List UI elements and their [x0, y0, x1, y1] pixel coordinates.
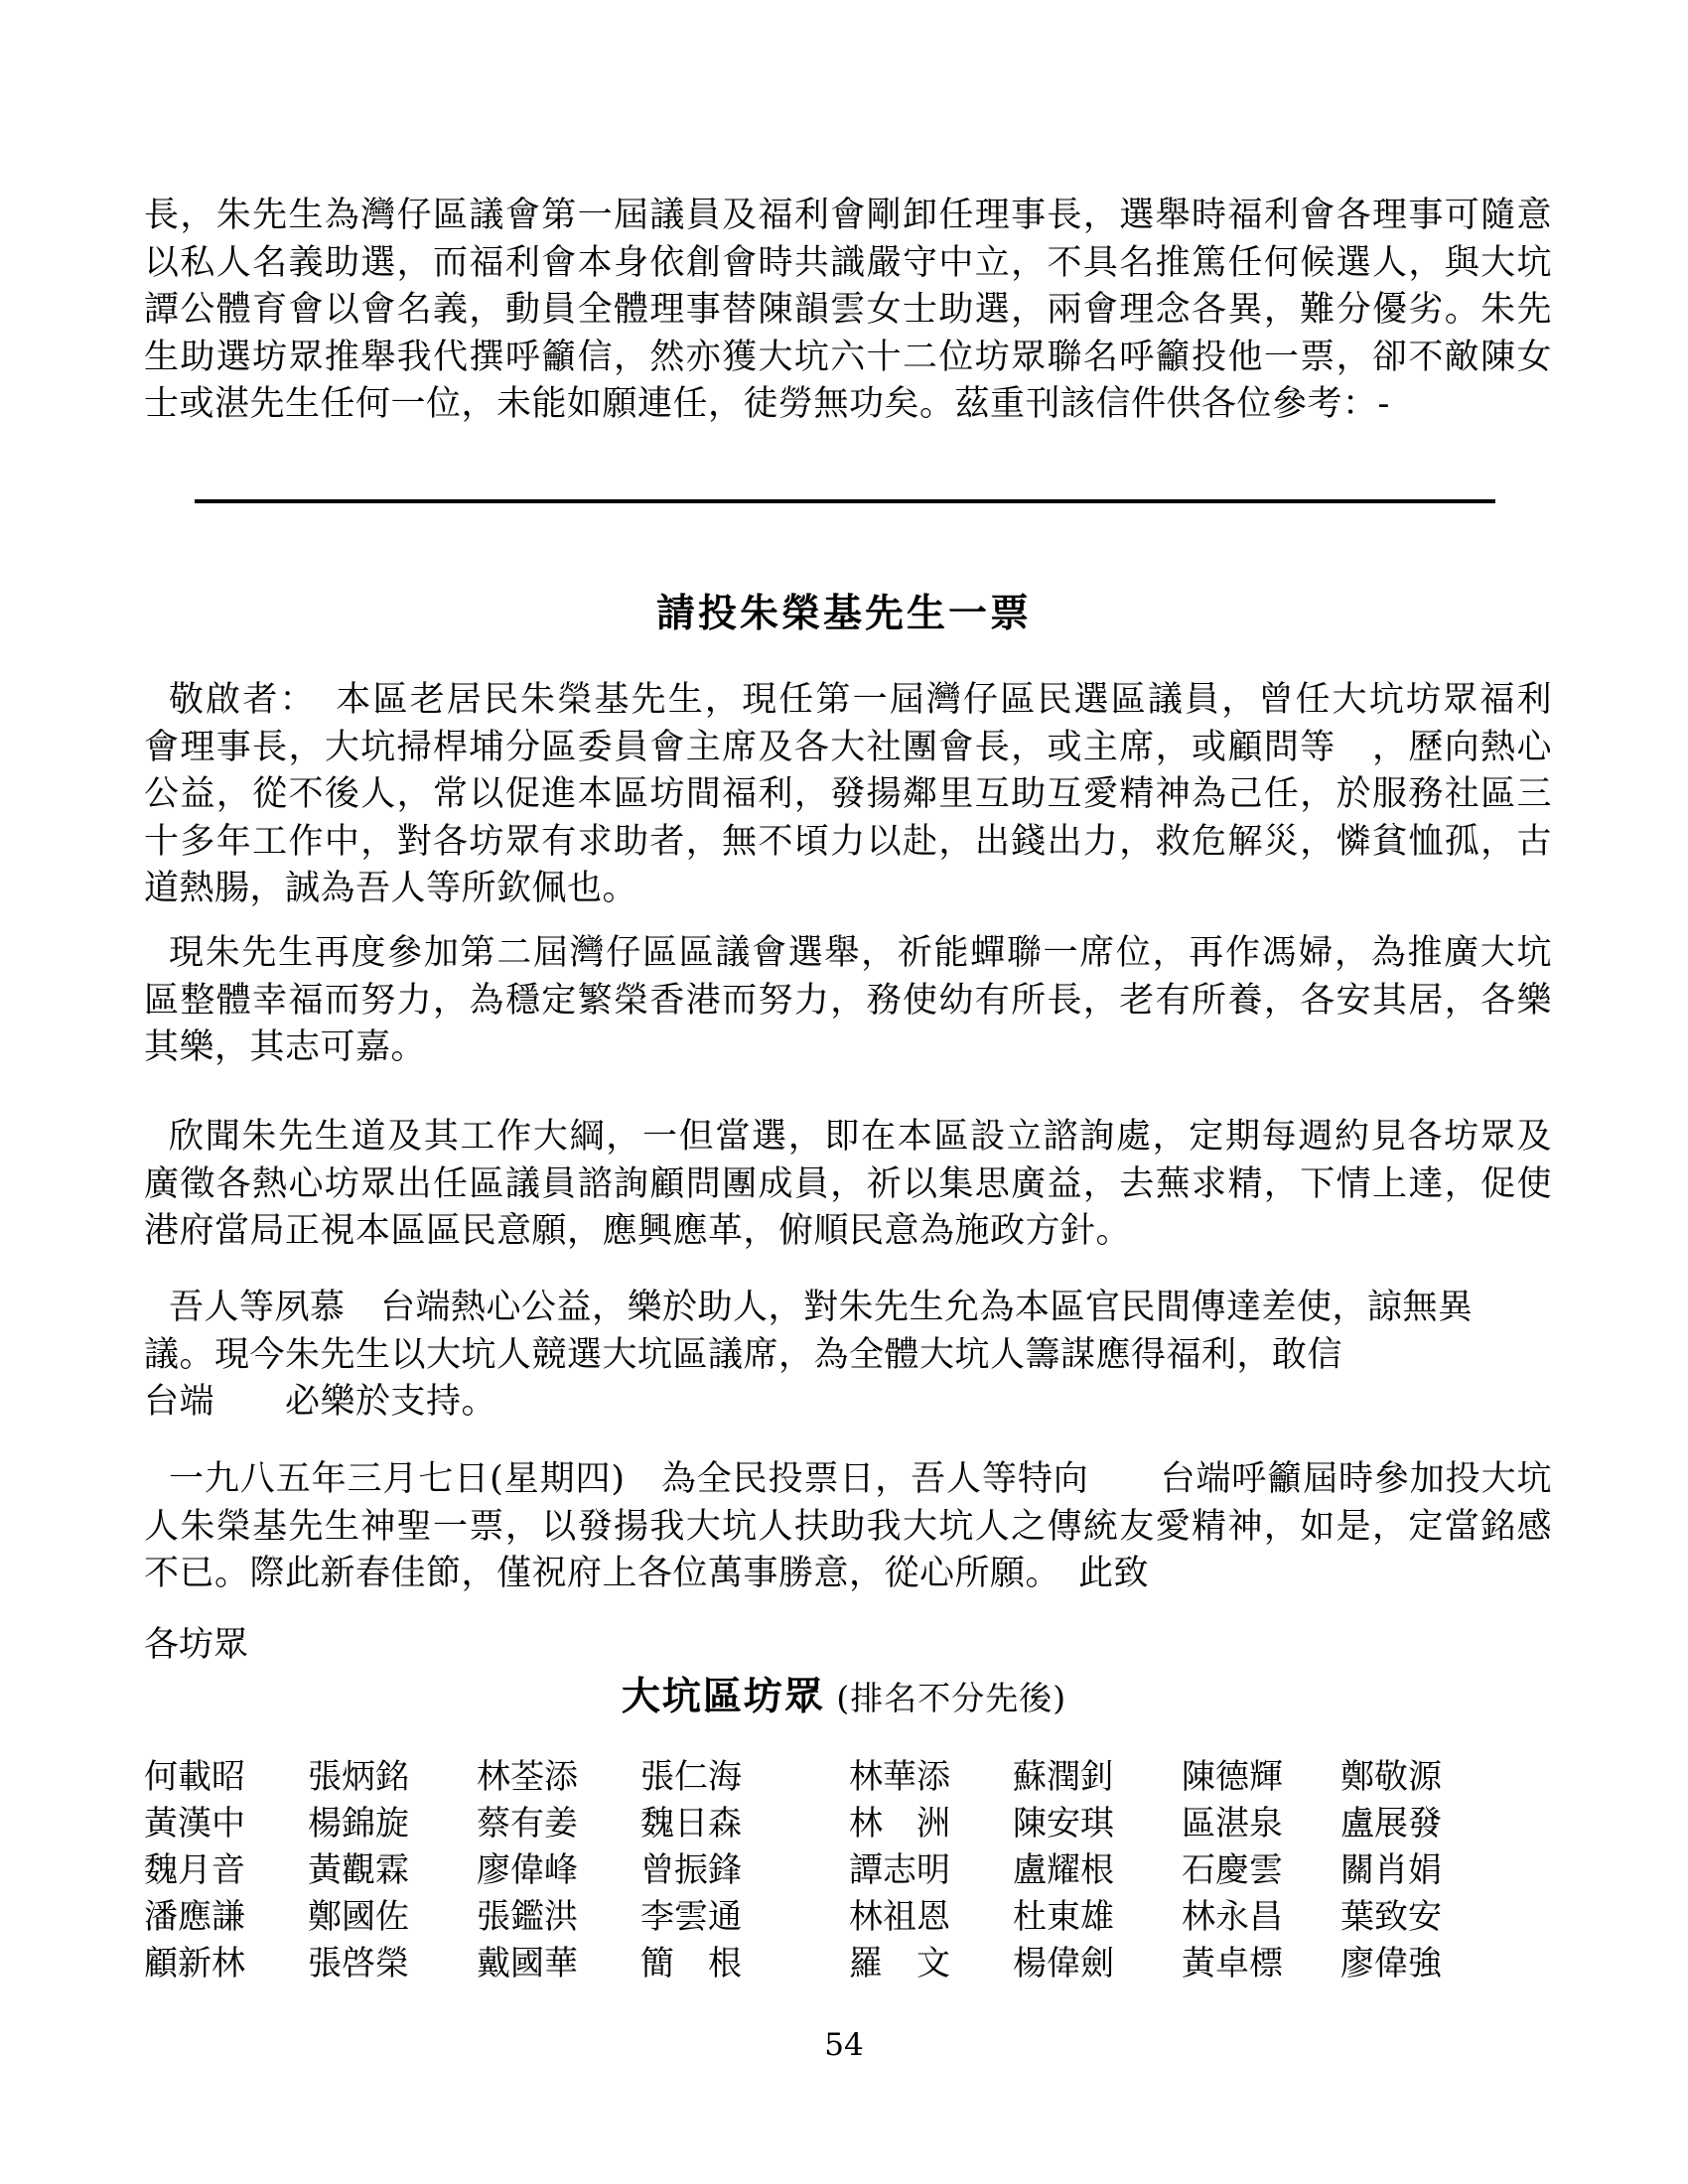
signatory-name: 楊錦旋 — [308, 1801, 477, 1847]
letter-paragraph-5: 一九八五年三月七日(星期四) 為全民投票日，吾人等特向 台端呼籲屆時參加投大坑 … — [144, 1456, 1552, 1598]
signatory-name: 廖偉強 — [1340, 1941, 1554, 1987]
text-line: 十多年工作中，對各坊眾有求助者，無不頃力以赴，出錢出力，救危解災，憐貧恤孤，古 — [144, 819, 1552, 867]
closing-salutation: 各坊眾 — [144, 1622, 248, 1669]
signatory-name: 楊偉劍 — [1013, 1941, 1182, 1987]
text-line: 敬啟者： 本區老居民朱榮基先生，現任第一屆灣仔區民選區議員，曾任大坑坊眾福利 — [144, 677, 1552, 725]
text-line: 人朱榮基先生神聖一票，以發揚我大坑人扶助我大坑人之傳統友愛精神，如是，定當銘感 — [144, 1504, 1552, 1552]
letter-paragraph-2: 現朱先生再度參加第二屆灣仔區區議會選舉，祈能蟬聯一席位，再作馮婦，為推廣大坑 區… — [144, 930, 1552, 1072]
signatory-name: 張啓榮 — [308, 1941, 477, 1987]
signatory-name: 區湛泉 — [1182, 1801, 1340, 1847]
text-line: 其樂，其志可嘉。 — [144, 1024, 1552, 1072]
letter-paragraph-1: 敬啟者： 本區老居民朱榮基先生，現任第一屆灣仔區民選區議員，曾任大坑坊眾福利 會… — [144, 677, 1552, 913]
signatory-name: 鄭敬源 — [1340, 1754, 1554, 1801]
signatory-name: 杜東雄 — [1013, 1894, 1182, 1941]
text-line: 欣聞朱先生道及其工作大綱，一但當選，即在本區設立諮詢處，定期每週約見各坊眾及 — [144, 1114, 1552, 1161]
signatory-name: 林 洲 — [849, 1801, 1013, 1847]
signatories-heading-note: (排名不分先後) — [825, 1679, 1066, 1717]
document-page: 長，朱先生為灣仔區議會第一屆議員及福利會剛卸任理事長，選舉時福利會各理事可隨意 … — [0, 0, 1688, 2184]
signatory-name: 譚志明 — [849, 1847, 1013, 1894]
signatory-name: 陳安琪 — [1013, 1801, 1182, 1847]
letter-title: 請投朱榮基先生一票 — [0, 592, 1688, 635]
signatory-name: 張炳銘 — [308, 1754, 477, 1801]
signatory-name: 關肖娟 — [1340, 1847, 1554, 1894]
text-line: 吾人等夙慕 台端熱心公益，樂於助人，對朱先生允為本區官民間傳達差使，諒無異 — [144, 1285, 1552, 1332]
text-line: 區整體幸福而努力，為穩定繁榮香港而努力，務使幼有所長，老有所養，各安其居，各樂 — [144, 978, 1552, 1025]
signatory-name: 羅 文 — [849, 1941, 1013, 1987]
signatory-name: 陳德輝 — [1182, 1754, 1340, 1801]
text-line: 議。現今朱先生以大坑人競選大坑區議席，為全體大坑人籌謀應得福利，敢信 — [144, 1332, 1552, 1380]
signatory-name: 何載昭 — [144, 1754, 308, 1801]
intro-paragraph: 長，朱先生為灣仔區議會第一屆議員及福利會剛卸任理事長，選舉時福利會各理事可隨意 … — [144, 193, 1552, 429]
signatory-name: 盧耀根 — [1013, 1847, 1182, 1894]
signatory-name: 顧新林 — [144, 1941, 308, 1987]
signatory-name: 黃觀霖 — [308, 1847, 477, 1894]
signatory-name: 林永昌 — [1182, 1894, 1340, 1941]
signatory-name: 葉致安 — [1340, 1894, 1554, 1941]
text-line: 一九八五年三月七日(星期四) 為全民投票日，吾人等特向 台端呼籲屆時參加投大坑 — [144, 1456, 1552, 1504]
text-line: 現朱先生再度參加第二屆灣仔區區議會選舉，祈能蟬聯一席位，再作馮婦，為推廣大坑 — [144, 930, 1552, 978]
signatory-name: 盧展發 — [1340, 1801, 1554, 1847]
signatory-name: 張仁海 — [640, 1754, 849, 1801]
signatory-name: 戴國華 — [477, 1941, 640, 1987]
signatory-name: 曾振鋒 — [640, 1847, 849, 1894]
signatory-name: 林荃添 — [477, 1754, 640, 1801]
signatory-name: 李雲通 — [640, 1894, 849, 1941]
text-line: 生助選坊眾推舉我代撰呼籲信，然亦獲大坑六十二位坊眾聯名呼籲投他一票，卻不敵陳女 — [144, 335, 1552, 382]
signatory-name: 廖偉峰 — [477, 1847, 640, 1894]
signatory-name: 潘應謙 — [144, 1894, 308, 1941]
letter-paragraph-4: 吾人等夙慕 台端熱心公益，樂於助人，對朱先生允為本區官民間傳達差使，諒無異 議。… — [144, 1285, 1552, 1427]
signatory-name: 張鑑洪 — [477, 1894, 640, 1941]
text-line: 譚公體育會以會名義，動員全體理事替陳韻雲女士助選，兩會理念各異，難分優劣。朱先 — [144, 287, 1552, 335]
page-number: 54 — [0, 2027, 1688, 2063]
text-line: 台端 必樂於支持。 — [144, 1379, 1552, 1427]
signatories-table: 何載昭 張炳銘 林荃添 張仁海 林華添 蘇潤釗 陳德輝 鄭敬源 黃漢中 楊錦旋 … — [144, 1754, 1554, 1987]
signatory-name: 蘇潤釗 — [1013, 1754, 1182, 1801]
text-line: 道熱腸，誠為吾人等所欽佩也。 — [144, 866, 1552, 913]
signatories-heading-title: 大坑區坊眾 — [622, 1674, 825, 1719]
signatory-name: 石慶雲 — [1182, 1847, 1340, 1894]
signatory-name: 蔡有姜 — [477, 1801, 640, 1847]
signatory-name: 林祖恩 — [849, 1894, 1013, 1941]
text-line: 廣徵各熱心坊眾出任區議員諮詢顧問團成員，祈以集思廣益，去蕪求精，下情上達，促使 — [144, 1161, 1552, 1209]
signatory-name: 黃漢中 — [144, 1801, 308, 1847]
signatory-name: 鄭國佐 — [308, 1894, 477, 1941]
letter-paragraph-3: 欣聞朱先生道及其工作大綱，一但當選，即在本區設立諮詢處，定期每週約見各坊眾及 廣… — [144, 1114, 1552, 1256]
signatory-name: 黃卓標 — [1182, 1941, 1340, 1987]
text-line: 士或湛先生任何一位，未能如願連任，徒勞無功矣。茲重刊該信件供各位參考：- — [144, 381, 1552, 429]
text-line: 港府當局正視本區區民意願，應興應革，俯順民意為施政方針。 — [144, 1208, 1552, 1256]
signatory-name: 簡 根 — [640, 1941, 849, 1987]
signatories-heading: 大坑區坊眾 (排名不分先後) — [0, 1672, 1688, 1729]
text-line: 不已。際此新春佳節，僅祝府上各位萬事勝意，從心所願。 此致 — [144, 1551, 1552, 1598]
text-line: 公益，從不後人，常以促進本區坊間福利，發揚鄰里互助互愛精神為己任，於服務社區三 — [144, 771, 1552, 819]
text-line: 會理事長，大坑掃桿埔分區委員會主席及各大社團會長，或主席，或顧問等 ，歷向熱心 — [144, 725, 1552, 772]
signatory-name: 魏月音 — [144, 1847, 308, 1894]
text-line: 以私人名義助選，而福利會本身依創會時共識嚴守中立，不具名推篤任何候選人，與大坑 — [144, 240, 1552, 288]
section-divider-rule — [195, 499, 1495, 503]
signatory-name: 林華添 — [849, 1754, 1013, 1801]
text-line: 長，朱先生為灣仔區議會第一屆議員及福利會剛卸任理事長，選舉時福利會各理事可隨意 — [144, 193, 1552, 240]
signatory-name: 魏日森 — [640, 1801, 849, 1847]
